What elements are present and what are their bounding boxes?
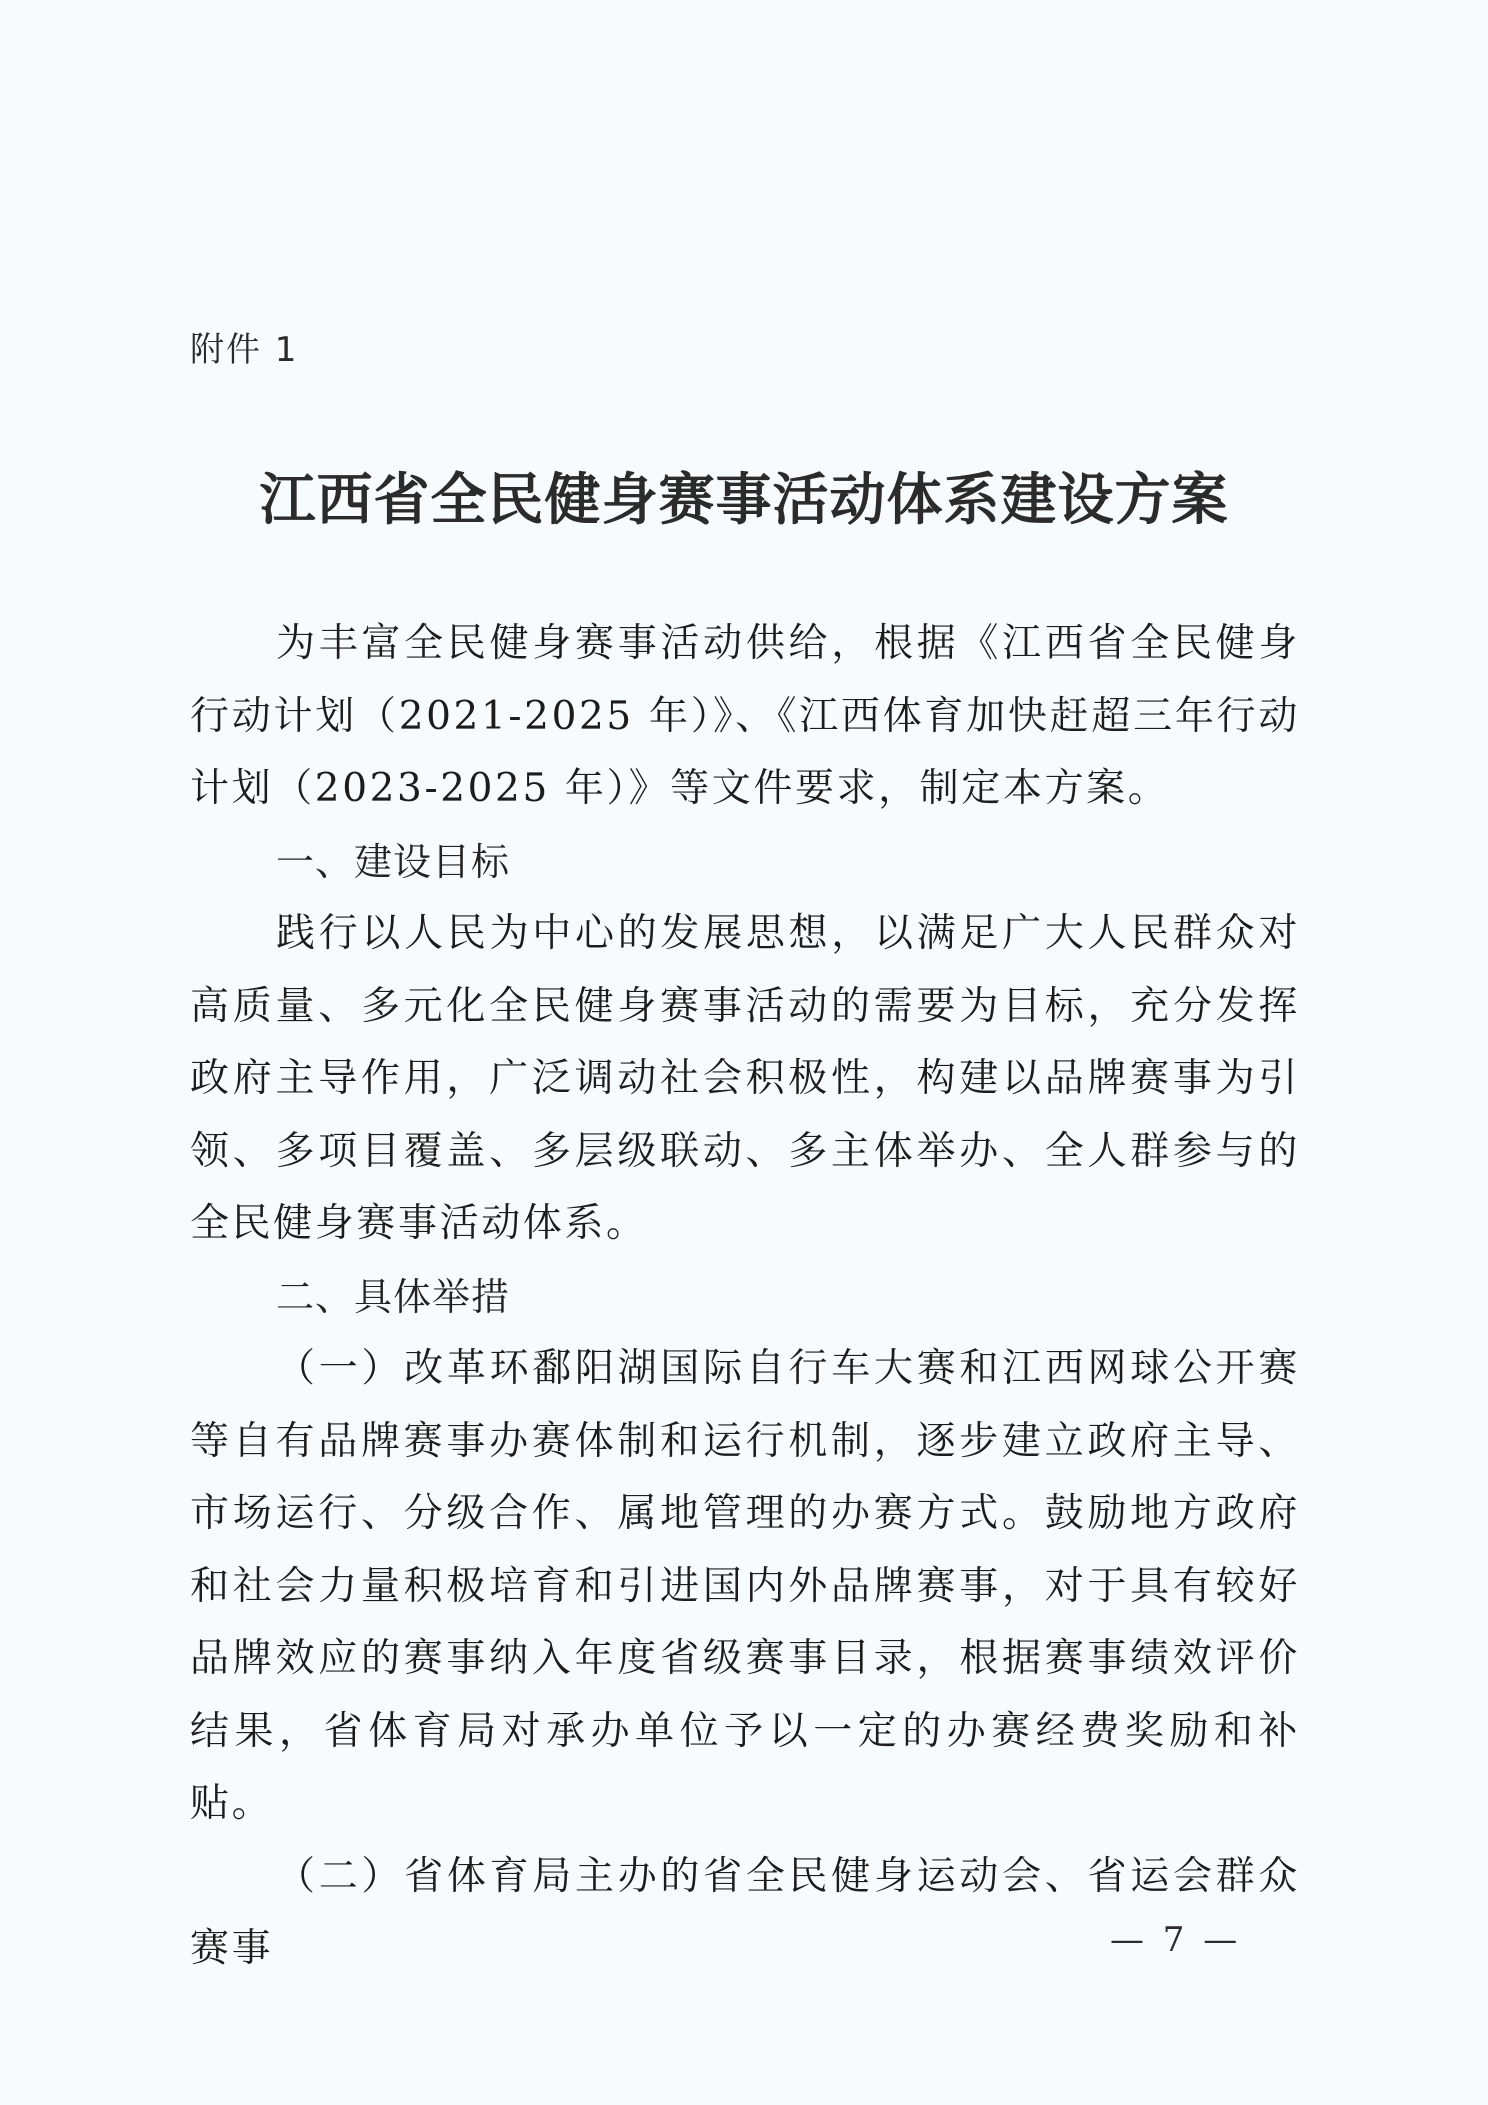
section-heading-goals: 一、建设目标 <box>190 826 1300 899</box>
measure-paragraph-1: （一）改革环鄱阳湖国际自行车大赛和江西网球公开赛等自有品牌赛事办赛体制和运行机制… <box>190 1333 1300 1841</box>
measure-paragraph-2: （二）省体育局主办的省全民健身运动会、省运会群众赛事 <box>190 1841 1300 1986</box>
document-body: 为丰富全民健身赛事活动供给，根据《江西省全民健身行动计划（2021-2025 年… <box>190 608 1300 1986</box>
document-title: 江西省全民健身赛事活动体系建设方案 <box>0 456 1488 536</box>
goals-paragraph: 践行以人民为中心的发展思想，以满足广大人民群众对高质量、多元化全民健身赛事活动的… <box>190 898 1300 1261</box>
attachment-label: 附件 1 <box>190 322 298 371</box>
document-page: 附件 1 江西省全民健身赛事活动体系建设方案 为丰富全民健身赛事活动供给，根据《… <box>0 0 1488 2105</box>
intro-paragraph: 为丰富全民健身赛事活动供给，根据《江西省全民健身行动计划（2021-2025 年… <box>190 608 1300 826</box>
section-heading-measures: 二、具体举措 <box>190 1261 1300 1334</box>
page-number: — 7 — <box>1110 1920 1241 1960</box>
